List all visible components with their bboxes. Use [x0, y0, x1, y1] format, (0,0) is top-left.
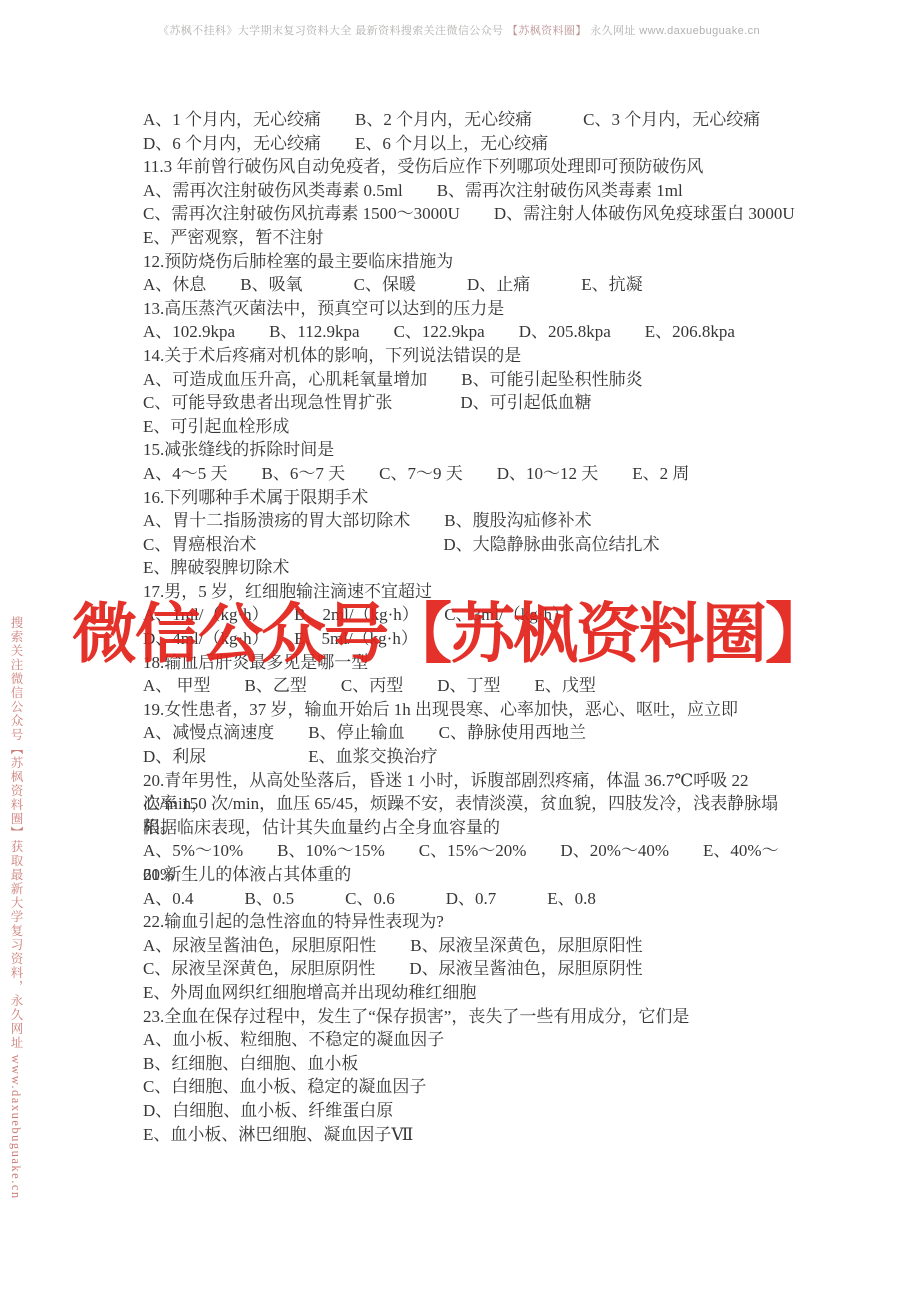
- document-line: D、6 个月内，无心绞痛 E、6 个月以上，无心绞痛: [143, 132, 803, 156]
- document-line: A、胃十二指肠溃疡的胃大部切除术 B、腹股沟疝修补术: [143, 509, 803, 533]
- document-line: C、白细胞、血小板、稳定的凝血因子: [143, 1075, 803, 1099]
- document-line: D、白细胞、血小板、纤维蛋白原: [143, 1099, 803, 1123]
- document-line: A、可造成血压升高，心肌耗氧量增加 B、可能引起坠积性肺炎: [143, 368, 803, 392]
- document-line: E、血小板、淋巴细胞、凝血因子Ⅶ: [143, 1123, 803, 1147]
- document-line: A、需再次注射破伤风类毒素 0.5ml B、需再次注射破伤风类毒素 1ml: [143, 179, 803, 203]
- document-line: 根据临床表现，估计其失血量约占全身血容量的: [143, 816, 803, 840]
- page-header: 《苏枫不挂科》大学期末复习资料大全 最新资料搜索关注微信公众号 【苏枫资料圈】 …: [0, 22, 918, 38]
- exam-page: 《苏枫不挂科》大学期末复习资料大全 最新资料搜索关注微信公众号 【苏枫资料圈】 …: [0, 0, 918, 1298]
- document-line: 11.3 年前曾行破伤风自动免疫者，受伤后应作下列哪项处理即可预防破伤风: [143, 155, 803, 179]
- document-line: E、严密观察，暂不注射: [143, 226, 803, 250]
- document-line: 14.关于术后疼痛对机体的影响，下列说法错误的是: [143, 344, 803, 368]
- header-brand-text: 【苏枫资料圈】: [507, 25, 587, 37]
- header-prefix-text: 《苏枫不挂科》大学期末复习资料大全 最新资料搜索关注微信公众号: [158, 25, 503, 37]
- document-line: A、 甲型 B、乙型 C、丙型 D、丁型 E、戊型: [143, 674, 803, 698]
- document-line: A、血小板、粒细胞、不稳定的凝血因子: [143, 1028, 803, 1052]
- document-line: 13.高压蒸汽灭菌法中，预真空可以达到的压力是: [143, 297, 803, 321]
- header-url-text: 永久网址 www.daxuebuguake.cn: [590, 25, 760, 37]
- document-line: C、尿液呈深黄色，尿胆原阴性 D、尿液呈酱油色，尿胆原阴性: [143, 957, 803, 981]
- left-vertical-watermark: 搜索关注微信公众号【苏枫资料圈】获取最新大学复习资料，永久网址 www.daxu…: [7, 616, 25, 1200]
- document-line: E、外周血网织红细胞增高并出现幼稚红细胞: [143, 981, 803, 1005]
- document-line: A、4～5 天 B、6～7 天 C、7～9 天 D、10～12 天 E、2 周: [143, 462, 803, 486]
- document-line: 20.青年男性，从高处坠落后，昏迷 1 小时，诉腹部剧烈疼痛，体温 36.7℃呼…: [143, 769, 803, 793]
- document-line: 12.预防烧伤后肺栓塞的最主要临床措施为: [143, 250, 803, 274]
- document-line: 心率 150 次/min，血压 65/45，烦躁不安，表情淡漠，贫血貌，四肢发冷…: [143, 792, 803, 816]
- document-line: A、尿液呈酱油色，尿胆原阳性 B、尿液呈深黄色，尿胆原阳性: [143, 934, 803, 958]
- document-line: D、利尿 E、血浆交换治疗: [143, 745, 803, 769]
- document-line: E、脾破裂脾切除术: [143, 556, 803, 580]
- document-line: 21.新生儿的体液占其体重的: [143, 863, 803, 887]
- document-line: A、1 个月内，无心绞痛 B、2 个月内，无心绞痛 C、3 个月内，无心绞痛: [143, 108, 803, 132]
- document-line: E、可引起血栓形成: [143, 415, 803, 439]
- document-line: C、需再次注射破伤风抗毒素 1500～3000U D、需注射人体破伤风免疫球蛋白…: [143, 202, 803, 226]
- document-line: A、休息 B、吸氧 C、保暖 D、止痛 E、抗凝: [143, 273, 803, 297]
- document-line: A、0.4 B、0.5 C、0.6 D、0.7 E、0.8: [143, 887, 803, 911]
- document-line: C、胃癌根治术 D、大隐静脉曲张高位结扎术: [143, 533, 803, 557]
- document-line: A、5%～10% B、10%～15% C、15%～20% D、20%～40% E…: [143, 839, 803, 863]
- center-red-watermark: 微信公众号【苏枫资料圈】: [72, 596, 828, 674]
- document-line: 15.减张缝线的拆除时间是: [143, 438, 803, 462]
- document-line: 16.下列哪种手术属于限期手术: [143, 486, 803, 510]
- document-line: A、102.9kpa B、112.9kpa C、122.9kpa D、205.8…: [143, 320, 803, 344]
- document-line: 19.女性患者，37 岁，输血开始后 1h 出现畏寒、心率加快，恶心、呕吐，应立…: [143, 698, 803, 722]
- document-line: 22.输血引起的急性溶血的特异性表现为?: [143, 910, 803, 934]
- document-line: C、可能导致患者出现急性胃扩张 D、可引起低血糖: [143, 391, 803, 415]
- document-line: B、红细胞、白细胞、血小板: [143, 1052, 803, 1076]
- document-line: A、减慢点滴速度 B、停止输血 C、静脉使用西地兰: [143, 721, 803, 745]
- document-line: 23.全血在保存过程中，发生了“保存损害”，丧失了一些有用成分，它们是: [143, 1005, 803, 1029]
